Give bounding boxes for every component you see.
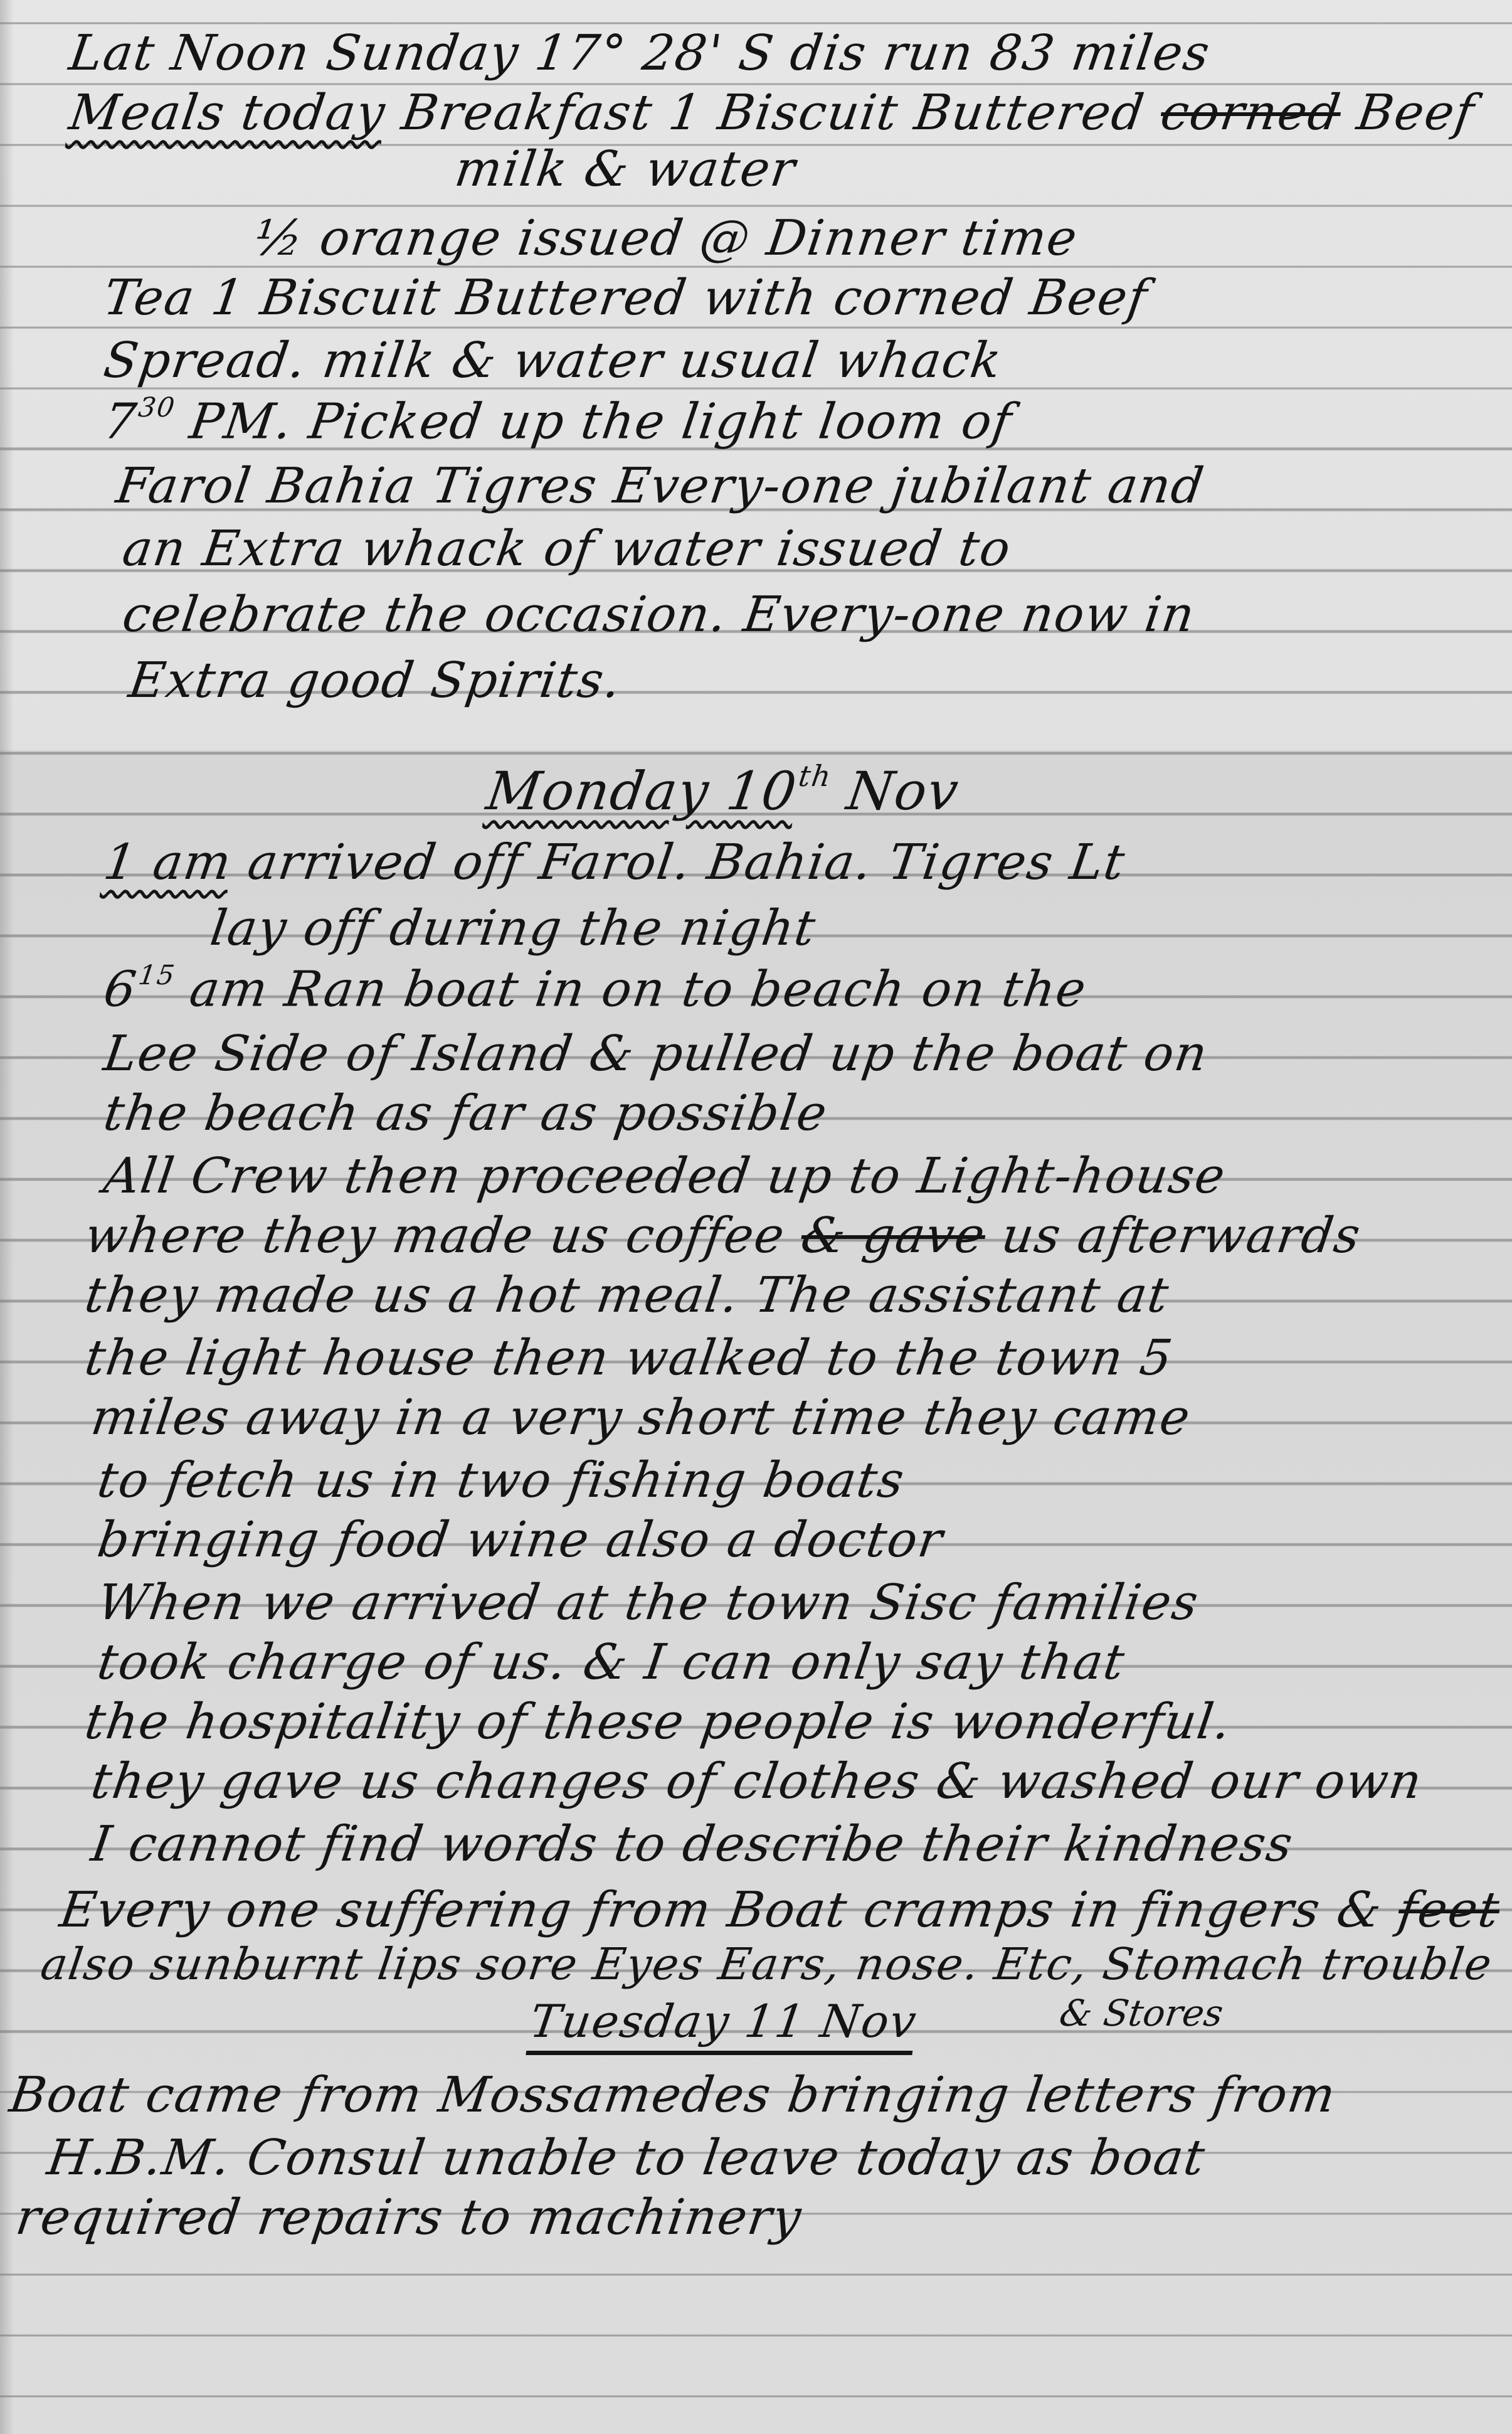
line-text: they gave us changes of clothes & washed… xyxy=(88,1753,1426,1810)
diary-line: also sunburnt lips sore Eyes Ears, nose.… xyxy=(38,1938,1496,1990)
diary-line: celebrate the occasion. Every-one now in xyxy=(119,587,1199,643)
line-text: to fetch us in two fishing boats xyxy=(94,1452,908,1509)
diary-line: 1 am arrived off Farol. Bahia. Tigres Lt xyxy=(100,834,1129,891)
diary-line: the hospitality of these people is wonde… xyxy=(82,1694,1235,1750)
time-minutes: 15 xyxy=(137,960,178,991)
diary-line: where they made us coffee & gave us afte… xyxy=(82,1208,1365,1264)
time-minutes: 30 xyxy=(137,392,178,423)
line-text: us afterwards xyxy=(981,1208,1365,1264)
line-text: Farol Bahia Tigres Every-one jubilant an… xyxy=(113,458,1208,514)
tuesday-heading: Tuesday 11 Nov xyxy=(527,1995,921,2048)
line-text: Every one suffering from Boat cramps in … xyxy=(56,1882,1403,1938)
insert-above-text: & Stores xyxy=(1057,1992,1225,2034)
diary-line: they made us a hot meal. The assistant a… xyxy=(82,1267,1173,1324)
diary-line: Every one suffering from Boat cramps in … xyxy=(56,1882,1503,1938)
line-text: Spread. milk & water usual whack xyxy=(100,332,1006,389)
line-text: I cannot find words to describe their ki… xyxy=(88,1816,1297,1873)
line-text: Boat came from Mossamedes bringing lette… xyxy=(6,2067,1340,2123)
time-label: 1 am xyxy=(100,834,236,891)
line-text: the light house then walked to the town … xyxy=(82,1330,1176,1386)
line-text: arrived off Farol. Bahia. Tigres Lt xyxy=(228,834,1129,891)
diary-line: the beach as far as possible xyxy=(100,1085,832,1142)
line-text: Lat Noon Sunday 17° 28' S dis run 83 mil… xyxy=(66,25,1214,82)
line-text: Extra good Spirits. xyxy=(125,652,625,709)
heading-text: Tuesday 11 Nov xyxy=(527,1995,921,2048)
line-text: ½ orange issued @ Dinner time xyxy=(251,210,1081,267)
struck-text: corned xyxy=(1157,85,1345,141)
line-text: also sunburnt lips sore Eyes Ears, nose.… xyxy=(38,1938,1496,1990)
line-text: lay off during the night xyxy=(207,900,820,957)
line-text: an Extra whack of water issued to xyxy=(119,521,1015,577)
time-hour: 7 xyxy=(100,393,140,450)
line-text: the hospitality of these people is wonde… xyxy=(82,1694,1235,1750)
line-text: When we arrived at the town Sisc familie… xyxy=(94,1575,1202,1631)
line-text: took charge of us. & I can only say that xyxy=(94,1634,1129,1691)
line-text: the beach as far as possible xyxy=(100,1085,832,1142)
diary-line: When we arrived at the town Sisc familie… xyxy=(94,1575,1202,1631)
line-text: loom xyxy=(815,393,949,450)
diary-page: Lat Noon Sunday 17° 28' S dis run 83 mil… xyxy=(0,0,1512,2434)
diary-line: took charge of us. & I can only say that xyxy=(94,1634,1129,1691)
heading-text: Monday 10 xyxy=(483,760,801,822)
line-text: where they made us coffee xyxy=(82,1208,806,1264)
line-text: milk & water xyxy=(452,141,800,198)
time-hour: 6 xyxy=(100,961,140,1018)
line-text: H.B.M. Consul unable to leave today as b… xyxy=(44,2130,1209,2186)
diary-line: Lat Noon Sunday 17° 28' S dis run 83 mil… xyxy=(66,25,1214,82)
line-text: Tea 1 Biscuit Buttered with corned Beef xyxy=(100,270,1151,326)
line-text: celebrate the occasion. Every-one now in xyxy=(119,587,1199,643)
monday-heading: Monday 10th Nov xyxy=(483,759,963,822)
diary-line: Lee Side of Island & pulled up the boat … xyxy=(100,1026,1212,1082)
line-text: they made us a hot meal. The assistant a… xyxy=(82,1267,1173,1324)
diary-line: Boat came from Mossamedes bringing lette… xyxy=(6,2067,1340,2123)
diary-line: H.B.M. Consul unable to leave today as b… xyxy=(44,2130,1209,2186)
line-text: required repairs to machinery xyxy=(13,2189,805,2246)
diary-line: to fetch us in two fishing boats xyxy=(94,1452,908,1509)
diary-line: Tea 1 Biscuit Buttered with corned Beef xyxy=(100,270,1151,326)
diary-line: miles away in a very short time they cam… xyxy=(88,1390,1195,1446)
line-text: am Ran boat in on to beach on the xyxy=(169,961,1090,1018)
diary-line: they gave us changes of clothes & washed… xyxy=(88,1753,1426,1810)
page-edge-shadow xyxy=(0,0,14,2434)
line-text: miles away in a very short time they cam… xyxy=(88,1390,1195,1446)
diary-line: 730 PM. Picked up the light loom of xyxy=(100,392,1016,450)
diary-line: Farol Bahia Tigres Every-one jubilant an… xyxy=(113,458,1208,514)
line-text: Lee Side of Island & pulled up the boat … xyxy=(100,1026,1212,1082)
diary-line: milk & water xyxy=(452,141,800,198)
diary-line: I cannot find words to describe their ki… xyxy=(88,1816,1297,1873)
diary-line: an Extra whack of water issued to xyxy=(119,521,1015,577)
diary-line: Spread. milk & water usual whack xyxy=(100,332,1006,389)
heading-ordinal: th xyxy=(796,759,834,793)
line-text: Beef xyxy=(1337,85,1479,141)
struck-text: & gave xyxy=(798,1208,990,1264)
diary-line: Meals today Breakfast 1 Biscuit Buttered… xyxy=(66,85,1479,141)
diary-line: the light house then walked to the town … xyxy=(82,1330,1176,1386)
line-text: of xyxy=(941,393,1016,450)
line-text: PM. Picked up the light xyxy=(169,393,823,450)
line-text: All Crew then proceeded up to Light-hous… xyxy=(100,1148,1229,1204)
diary-line: required repairs to machinery xyxy=(13,2189,805,2246)
struck-text: feet xyxy=(1395,1882,1503,1938)
diary-line: All Crew then proceeded up to Light-hous… xyxy=(100,1148,1229,1204)
meals-today-label: Meals today xyxy=(66,85,389,141)
line-text: Breakfast 1 Biscuit Buttered xyxy=(381,85,1165,141)
diary-line: Extra good Spirits. xyxy=(125,652,625,709)
diary-line: ½ orange issued @ Dinner time xyxy=(251,210,1081,267)
heading-month: Nov xyxy=(825,760,963,822)
diary-line: lay off during the night xyxy=(207,900,820,957)
inserted-text: & Stores xyxy=(1057,1992,1225,2034)
line-text: bringing food wine also a doctor xyxy=(94,1512,947,1568)
diary-line: bringing food wine also a doctor xyxy=(94,1512,947,1568)
diary-line: 615 am Ran boat in on to beach on the xyxy=(100,960,1091,1018)
